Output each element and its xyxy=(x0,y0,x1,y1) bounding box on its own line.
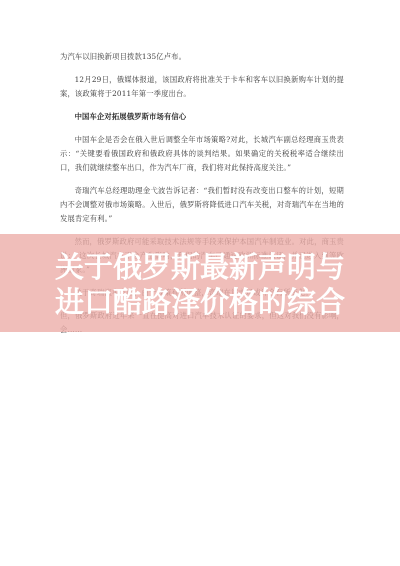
banner-title-line-1: 关于俄罗斯最新声明与 xyxy=(0,250,400,285)
banner-title-line-2: 进口酷路泽价格的综合 xyxy=(0,285,400,320)
paragraph-news-dec29: 12月29日，俄媒体报道，该国政府将批准关于卡车和客车以旧换新购车计划的提案，该… xyxy=(60,73,344,101)
paragraph-chery-quote: 奇瑞汽车总经理助理金弋波告诉记者：“我们暂时没有改变出口整车的计划，短期内不会调… xyxy=(60,184,344,226)
paragraph-continuation: 为汽车以旧换新项目拨款135亿卢布。 xyxy=(60,50,344,64)
document-page: 为汽车以旧换新项目拨款135亿卢布。 12月29日，俄媒体报道，该国政府将批准关… xyxy=(0,0,400,566)
banner-title: 关于俄罗斯最新声明与 进口酷路泽价格的综合 xyxy=(0,250,400,320)
section-heading: 中国车企对拓展俄罗斯市场有信心 xyxy=(60,110,344,124)
paragraph-great-wall-quote: 中国车企是否会在俄入世后调整全年市场策略?对此，长城汽车副总经理商玉贵表示：“关… xyxy=(60,133,344,175)
